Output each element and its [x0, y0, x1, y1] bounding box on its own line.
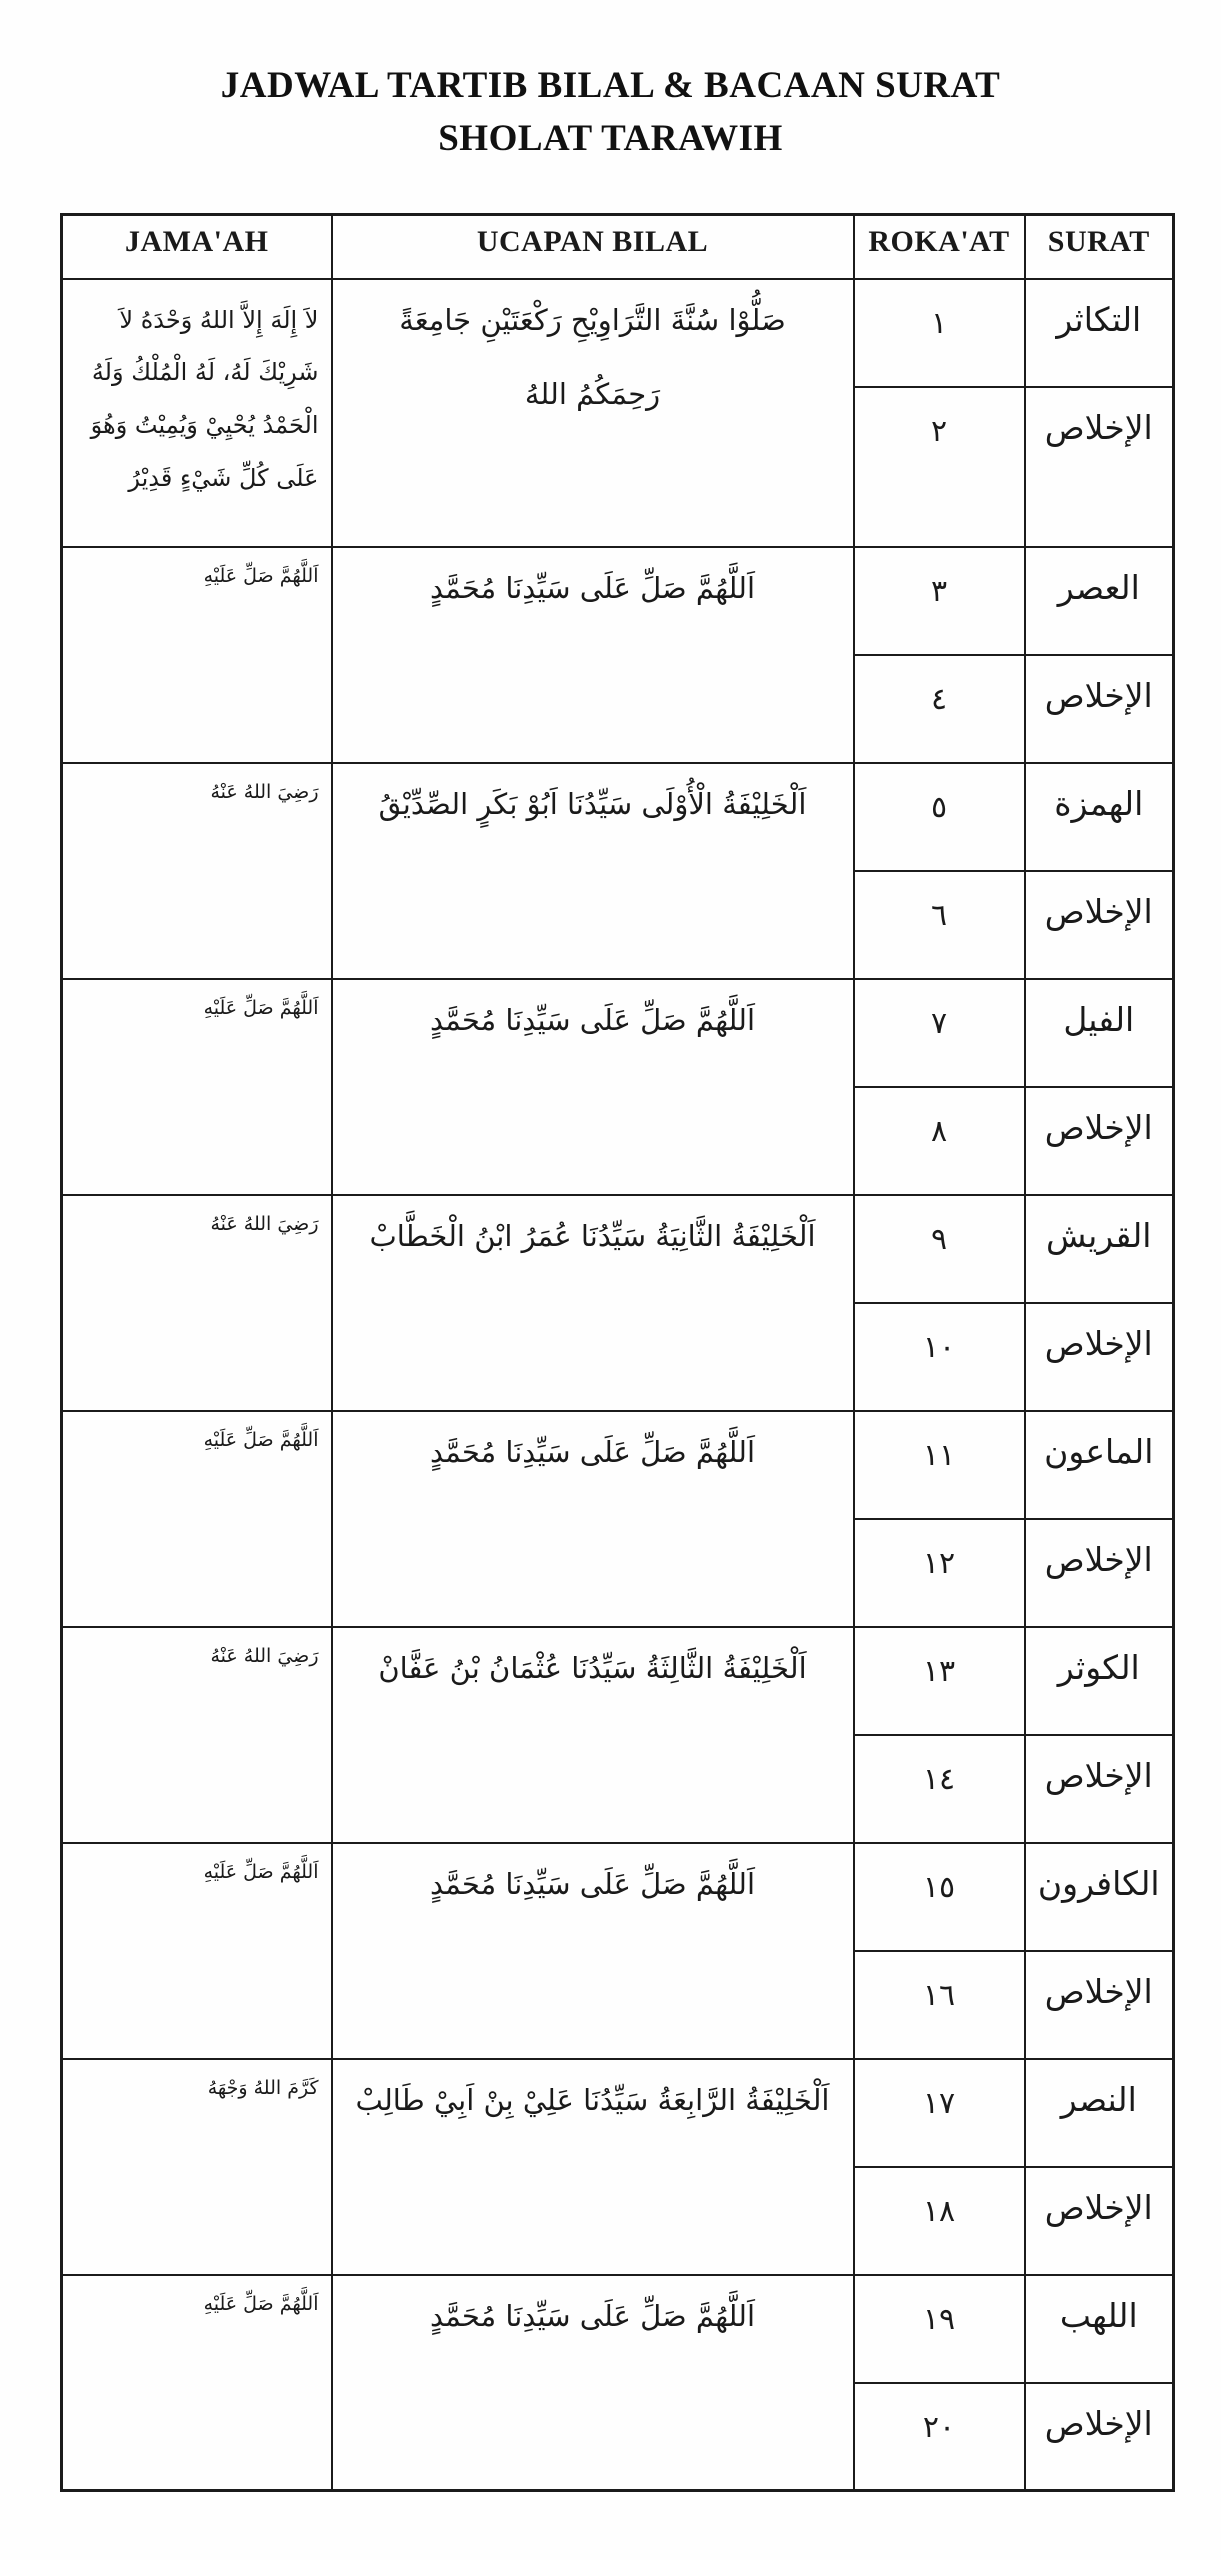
ucapan-line: اَللَّهُمَّ صَلِّ عَلَى سَيِّدِنَا مُحَم… — [343, 552, 843, 626]
surat-cell: الهمزة — [1025, 763, 1174, 871]
table-row: لاَ إِلَهَ إِلاَّ اللهُ وَحْدَهُ لاَ شَر… — [62, 279, 1174, 387]
document-page: JADWAL TARTIB BILAL & BACAAN SURAT SHOLA… — [0, 0, 1221, 2560]
surat-cell: الإخلاص — [1025, 1519, 1174, 1627]
rokaat-cell: ١ — [854, 279, 1025, 387]
jamaah-cell: اَللَّهُمَّ صَلِّ عَلَيْهِ — [62, 979, 332, 1195]
ucapan-cell: اَلْخَلِيْفَةُ الثَّانِيَةُ سَيِّدُنَا ع… — [332, 1195, 854, 1411]
table-header-row: JAMA'AH UCAPAN BILAL ROKA'AT SURAT — [62, 215, 1174, 279]
jamaah-cell: اَللَّهُمَّ صَلِّ عَلَيْهِ — [62, 2275, 332, 2491]
surat-cell: الإخلاص — [1025, 1951, 1174, 2059]
table-row: اَللَّهُمَّ صَلِّ عَلَيْهِ اَللَّهُمَّ ص… — [62, 979, 1174, 1087]
jamaah-cell: لاَ إِلَهَ إِلاَّ اللهُ وَحْدَهُ لاَ شَر… — [62, 279, 332, 547]
ucapan-line: اَلْخَلِيْفَةُ الثَّانِيَةُ سَيِّدُنَا ع… — [343, 1200, 843, 1274]
surat-cell: الإخلاص — [1025, 387, 1174, 547]
header-rokaat: ROKA'AT — [854, 215, 1025, 279]
surat-cell: الإخلاص — [1025, 1735, 1174, 1843]
rokaat-cell: ٨ — [854, 1087, 1025, 1195]
table-row: رَضِيَ اللهُ عَنْهُ اَلْخَلِيْفَةُ الْأُ… — [62, 763, 1174, 871]
surat-cell: الماعون — [1025, 1411, 1174, 1519]
surat-cell: الفيل — [1025, 979, 1174, 1087]
rokaat-cell: ٧ — [854, 979, 1025, 1087]
jamaah-cell: كَرَّمَ اللهُ وَجْهَهُ — [62, 2059, 332, 2275]
jamaah-cell: اَللَّهُمَّ صَلِّ عَلَيْهِ — [62, 547, 332, 763]
table-row: اَللَّهُمَّ صَلِّ عَلَيْهِ اَللَّهُمَّ ص… — [62, 547, 1174, 655]
rokaat-cell: ٩ — [854, 1195, 1025, 1303]
rokaat-cell: ١٦ — [854, 1951, 1025, 2059]
rokaat-cell: ١٤ — [854, 1735, 1025, 1843]
surat-cell: الإخلاص — [1025, 655, 1174, 763]
rokaat-cell: ٤ — [854, 655, 1025, 763]
ucapan-line: اَلْخَلِيْفَةُ الْأُوْلَى سَيِّدُنَا اَب… — [343, 768, 843, 842]
ucapan-cell: اَللَّهُمَّ صَلِّ عَلَى سَيِّدِنَا مُحَم… — [332, 2275, 854, 2491]
table-row: اَللَّهُمَّ صَلِّ عَلَيْهِ اَللَّهُمَّ ص… — [62, 1411, 1174, 1519]
rokaat-cell: ٢ — [854, 387, 1025, 547]
tarawih-schedule-table: JAMA'AH UCAPAN BILAL ROKA'AT SURAT لاَ إ… — [60, 213, 1175, 2492]
rokaat-cell: ١٢ — [854, 1519, 1025, 1627]
surat-cell: القريش — [1025, 1195, 1174, 1303]
surat-cell: الإخلاص — [1025, 2167, 1174, 2275]
ucapan-line: اَللَّهُمَّ صَلِّ عَلَى سَيِّدِنَا مُحَم… — [343, 2280, 843, 2354]
page-title: JADWAL TARTIB BILAL & BACAAN SURAT SHOLA… — [0, 0, 1221, 165]
title-line-1: JADWAL TARTIB BILAL & BACAAN SURAT — [0, 60, 1221, 113]
header-ucapan-bilal: UCAPAN BILAL — [332, 215, 854, 279]
surat-cell: الكافرون — [1025, 1843, 1174, 1951]
ucapan-cell: اَلْخَلِيْفَةُ الْأُوْلَى سَيِّدُنَا اَب… — [332, 763, 854, 979]
ucapan-line: اَللَّهُمَّ صَلِّ عَلَى سَيِّدِنَا مُحَم… — [343, 1416, 843, 1490]
ucapan-cell: اَللَّهُمَّ صَلِّ عَلَى سَيِّدِنَا مُحَم… — [332, 1843, 854, 2059]
rokaat-cell: ٣ — [854, 547, 1025, 655]
ucapan-cell: اَللَّهُمَّ صَلِّ عَلَى سَيِّدِنَا مُحَم… — [332, 547, 854, 763]
surat-cell: التكاثر — [1025, 279, 1174, 387]
table-row: كَرَّمَ اللهُ وَجْهَهُ اَلْخَلِيْفَةُ ال… — [62, 2059, 1174, 2167]
ucapan-cell: اَللَّهُمَّ صَلِّ عَلَى سَيِّدِنَا مُحَم… — [332, 1411, 854, 1627]
jamaah-cell: اَللَّهُمَّ صَلِّ عَلَيْهِ — [62, 1411, 332, 1627]
ucapan-cell: اَلْخَلِيْفَةُ الثَّالِثَةُ سَيِّدُنَا ع… — [332, 1627, 854, 1843]
jamaah-cell: رَضِيَ اللهُ عَنْهُ — [62, 1195, 332, 1411]
jamaah-cell: رَضِيَ اللهُ عَنْهُ — [62, 1627, 332, 1843]
surat-cell: النصر — [1025, 2059, 1174, 2167]
ucapan-line: رَحِمَكُمُ اللهُ — [343, 358, 843, 432]
ucapan-line: صَلُّوْا سُنَّةَ التَّرَاوِيْحِ رَكْعَتَ… — [343, 284, 843, 358]
title-line-2: SHOLAT TARAWIH — [0, 113, 1221, 166]
rokaat-cell: ١٨ — [854, 2167, 1025, 2275]
rokaat-cell: ١١ — [854, 1411, 1025, 1519]
ucapan-line: اَلْخَلِيْفَةُ الرَّابِعَةُ سَيِّدُنَا ع… — [343, 2064, 843, 2138]
table-row: رَضِيَ اللهُ عَنْهُ اَلْخَلِيْفَةُ الثَّ… — [62, 1195, 1174, 1303]
rokaat-cell: ١٠ — [854, 1303, 1025, 1411]
rokaat-cell: ٢٠ — [854, 2383, 1025, 2491]
ucapan-cell: اَلْخَلِيْفَةُ الرَّابِعَةُ سَيِّدُنَا ع… — [332, 2059, 854, 2275]
surat-cell: الإخلاص — [1025, 871, 1174, 979]
table-row: اَللَّهُمَّ صَلِّ عَلَيْهِ اَللَّهُمَّ ص… — [62, 1843, 1174, 1951]
surat-cell: اللهب — [1025, 2275, 1174, 2383]
ucapan-line: اَلْخَلِيْفَةُ الثَّالِثَةُ سَيِّدُنَا ع… — [343, 1632, 843, 1706]
rokaat-cell: ١٧ — [854, 2059, 1025, 2167]
surat-cell: الإخلاص — [1025, 2383, 1174, 2491]
surat-cell: الإخلاص — [1025, 1303, 1174, 1411]
header-surat: SURAT — [1025, 215, 1174, 279]
ucapan-cell: اَللَّهُمَّ صَلِّ عَلَى سَيِّدِنَا مُحَم… — [332, 979, 854, 1195]
table-row: اَللَّهُمَّ صَلِّ عَلَيْهِ اَللَّهُمَّ ص… — [62, 2275, 1174, 2383]
ucapan-cell: صَلُّوْا سُنَّةَ التَّرَاوِيْحِ رَكْعَتَ… — [332, 279, 854, 547]
jamaah-cell: اَللَّهُمَّ صَلِّ عَلَيْهِ — [62, 1843, 332, 2059]
ucapan-line: اَللَّهُمَّ صَلِّ عَلَى سَيِّدِنَا مُحَم… — [343, 1848, 843, 1922]
ucapan-line: اَللَّهُمَّ صَلِّ عَلَى سَيِّدِنَا مُحَم… — [343, 984, 843, 1058]
rokaat-cell: ١٩ — [854, 2275, 1025, 2383]
surat-cell: الكوثر — [1025, 1627, 1174, 1735]
table-row: رَضِيَ اللهُ عَنْهُ اَلْخَلِيْفَةُ الثَّ… — [62, 1627, 1174, 1735]
surat-cell: العصر — [1025, 547, 1174, 655]
rokaat-cell: ١٣ — [854, 1627, 1025, 1735]
surat-cell: الإخلاص — [1025, 1087, 1174, 1195]
rokaat-cell: ٥ — [854, 763, 1025, 871]
header-jamaah: JAMA'AH — [62, 215, 332, 279]
rokaat-cell: ٦ — [854, 871, 1025, 979]
rokaat-cell: ١٥ — [854, 1843, 1025, 1951]
jamaah-cell: رَضِيَ اللهُ عَنْهُ — [62, 763, 332, 979]
